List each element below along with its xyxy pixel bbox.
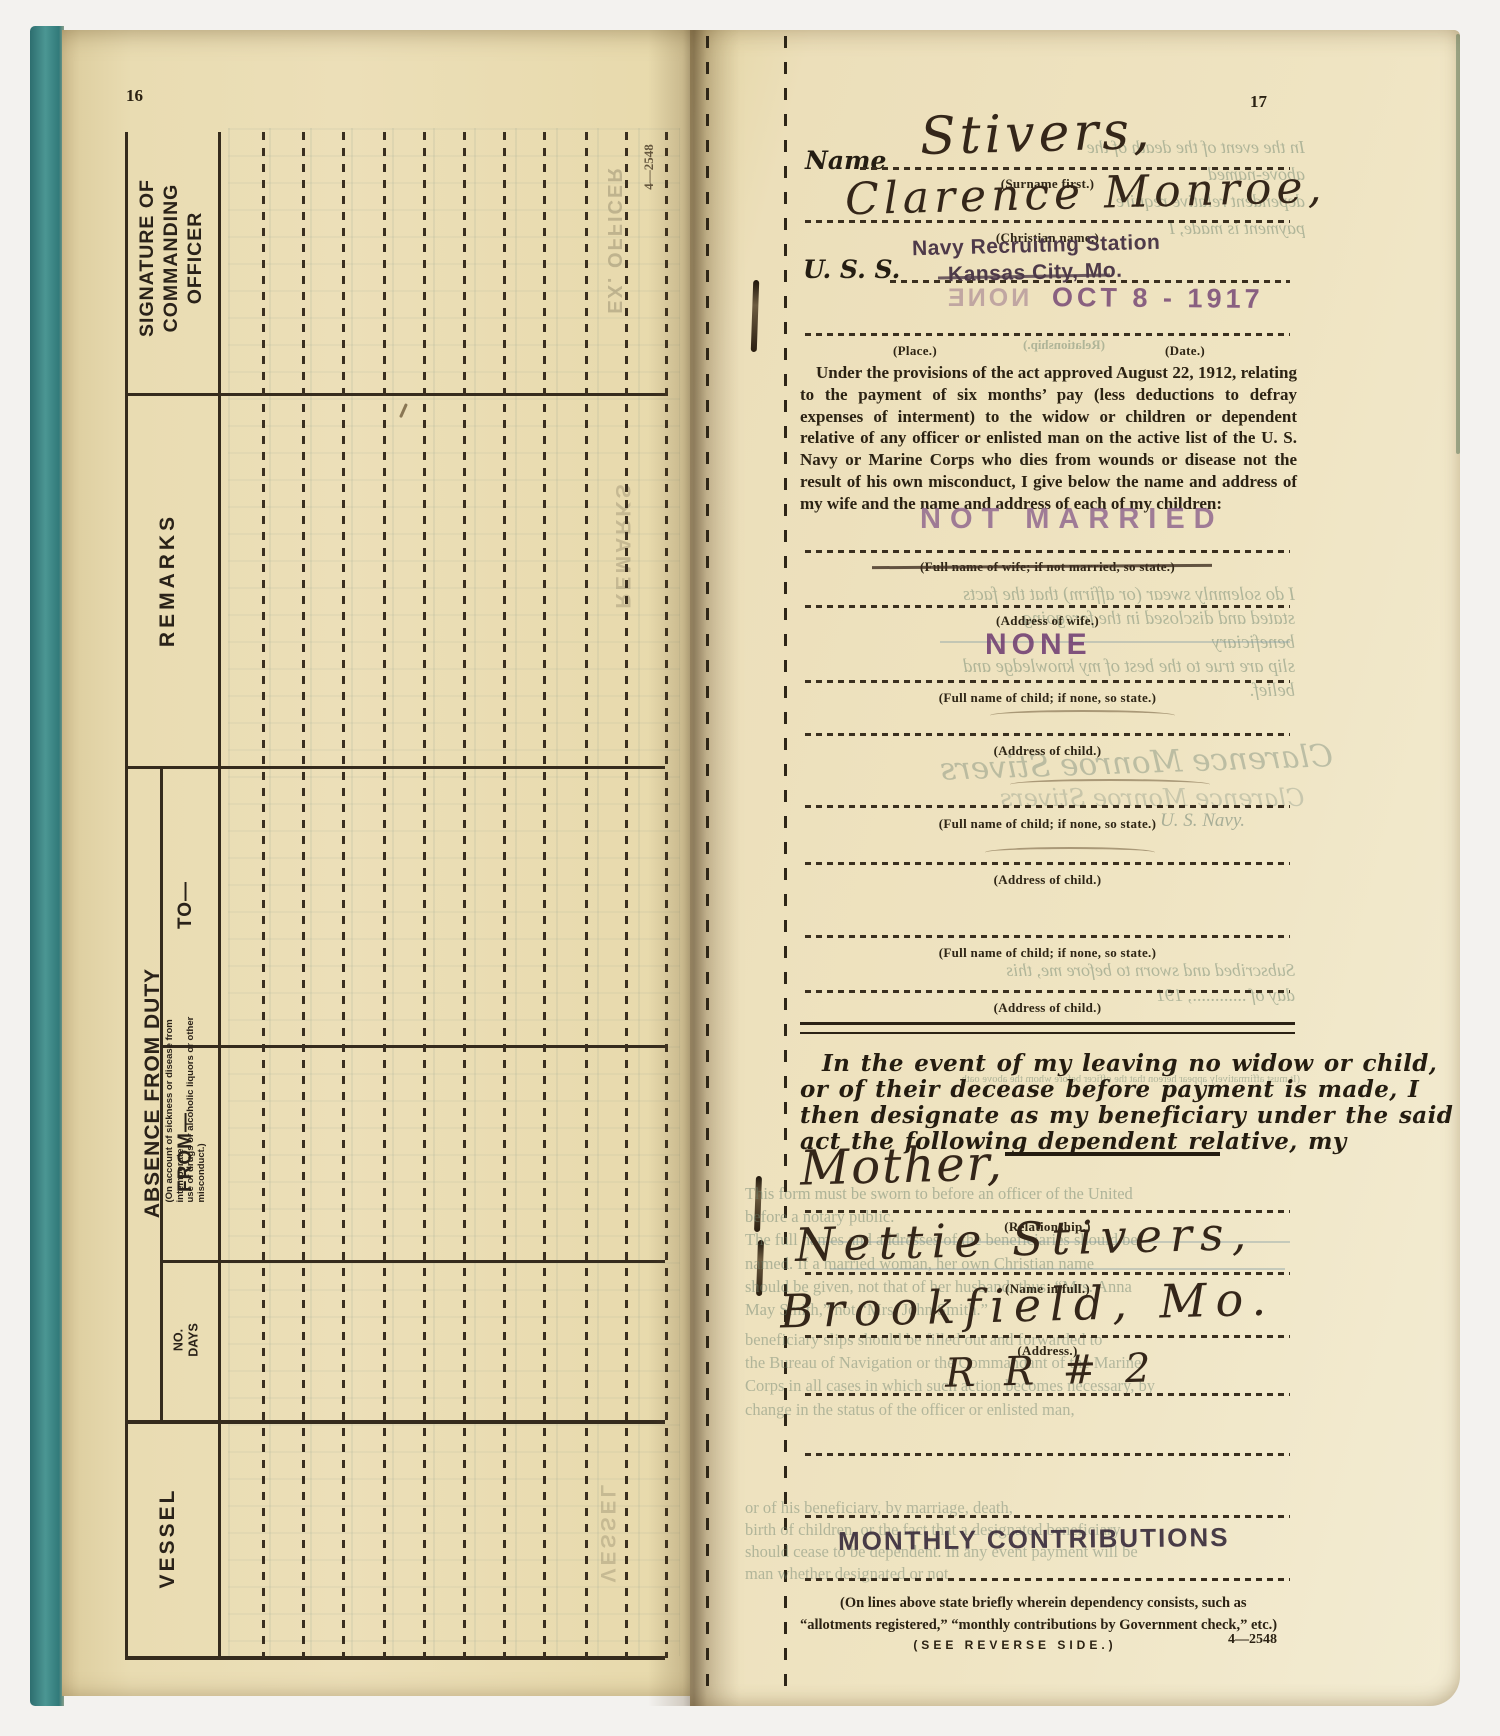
column-header-no-days: NO. DAYS <box>172 1263 204 1418</box>
provisions-paragraph: Under the provisions of the act approved… <box>800 362 1297 515</box>
form-rule <box>805 805 1290 808</box>
dependency-footnote: (On lines above state briefly wherein de… <box>800 1592 1292 1636</box>
page-number-left: 16 <box>126 86 143 106</box>
table-rule <box>160 1260 665 1263</box>
none-stamp: NONE <box>985 628 1092 662</box>
perforation-line <box>784 36 787 1696</box>
form-rule <box>805 333 1290 336</box>
bleedthrough-stamp: NONE <box>945 284 1029 313</box>
place-caption: (Place.) <box>805 343 1025 359</box>
form-rule <box>805 990 1290 993</box>
child-name-caption: (Full name of child; if none, so state.) <box>805 690 1290 706</box>
child-address-caption: (Address of child.) <box>805 743 1290 759</box>
column-header-remarks: REMARKS <box>156 400 186 760</box>
form-rule <box>805 935 1290 938</box>
table-dashed-rule <box>262 132 265 1658</box>
form-number-left: 4—2548 <box>641 124 657 210</box>
table-dashed-rule <box>665 132 668 1658</box>
form-rule <box>805 1578 1290 1581</box>
table-dashed-rule <box>503 132 506 1658</box>
table-dashed-rule <box>423 132 426 1658</box>
child-address-caption: (Address of child.) <box>805 872 1290 888</box>
form-rule <box>805 1453 1290 1456</box>
child-name-caption: (Full name of child; if none, so state.) <box>805 816 1290 832</box>
column-header-vessel: VESSEL <box>156 1423 186 1653</box>
table-rule <box>125 1656 665 1660</box>
bleedthrough-text: EX. OFFICER <box>599 100 625 380</box>
table-rule <box>125 766 665 769</box>
table-rule <box>160 1045 665 1048</box>
absence-title: ABSENCE FROM DUTY <box>141 968 165 1218</box>
name-label: Name <box>805 146 886 175</box>
bleedthrough-line: change in the status of the officer or e… <box>745 1398 1297 1421</box>
pen-mark <box>985 847 1155 858</box>
not-married-stamp: NOT MARRIED <box>920 503 1224 536</box>
name-value-handwritten: Stivers, <box>919 101 1154 167</box>
table-dashed-rule <box>543 132 546 1658</box>
page-number-right: 17 <box>1250 92 1267 112</box>
book-cover-edge <box>30 26 64 1706</box>
uss-label: U. S. S. <box>803 255 900 284</box>
column-header-from: FROM— <box>175 1047 201 1257</box>
monthly-contributions-stamp: MONTHLY CONTRIBUTIONS <box>838 1522 1230 1557</box>
event-paragraph-line: then designate as my beneficiary under t… <box>800 1102 1453 1129</box>
table-rule <box>125 393 665 396</box>
relationship-handwritten: Mother, <box>799 1135 1004 1196</box>
table-dashed-rule <box>585 132 588 1658</box>
bleedthrough-text: VESSEL <box>593 1402 619 1662</box>
form-rule <box>805 1335 1290 1338</box>
event-paragraph-line: or of their decease before payment is ma… <box>800 1076 1419 1103</box>
table-dashed-rule <box>302 132 305 1658</box>
pen-mark <box>1010 779 1210 790</box>
underline-dependent-relative <box>1005 1152 1220 1156</box>
column-header-to: TO— <box>175 770 201 1040</box>
see-reverse-caption: (SEE REVERSE SIDE.) <box>805 1638 1225 1652</box>
form-rule <box>805 605 1290 608</box>
wife-address-caption: (Address of wife.) <box>805 613 1290 629</box>
scanned-booklet-spread: 16 EX. OFFICER REMARKS VESSEL 4—2548 SIG… <box>0 0 1500 1736</box>
table-dashed-rule <box>342 132 345 1658</box>
bleedthrough-text: REMARKS <box>608 395 634 695</box>
page-stack-edge <box>58 1698 1454 1708</box>
perforation-line <box>706 36 709 1696</box>
rr-handwritten: R R # 2 <box>944 1345 1158 1397</box>
section-divider <box>800 1022 1295 1034</box>
table-rule <box>218 132 221 1658</box>
form-rule <box>805 862 1290 865</box>
table-dashed-rule <box>463 132 466 1658</box>
pen-mark <box>990 710 1175 721</box>
child-address-caption: (Address of child.) <box>805 1000 1290 1016</box>
form-number-right: 4—2548 <box>1228 1632 1277 1648</box>
table-rule <box>125 1420 665 1424</box>
child-name-caption: (Full name of child; if none, so state.) <box>805 945 1290 961</box>
form-rule <box>805 733 1290 736</box>
form-rule <box>805 680 1290 683</box>
bleedthrough-line: man whether designated or not <box>745 1563 1297 1585</box>
cover-edge-right <box>1456 34 1460 454</box>
table-dashed-rule <box>625 132 628 1658</box>
column-header-signature: SIGNATURE OF COMMANDING OFFICER <box>135 123 207 393</box>
form-rule <box>805 1393 1290 1396</box>
form-rule <box>805 550 1290 553</box>
date-caption: (Date.) <box>1080 343 1290 359</box>
form-rule <box>805 1515 1290 1518</box>
table-dashed-rule <box>383 132 386 1658</box>
column-header-absence: ABSENCE FROM DUTY (On account of sicknes… <box>123 768 159 1418</box>
date-stamp: OCT 8 - 1917 <box>1052 282 1264 315</box>
event-paragraph-line: In the event of my leaving no widow or c… <box>800 1050 1437 1077</box>
